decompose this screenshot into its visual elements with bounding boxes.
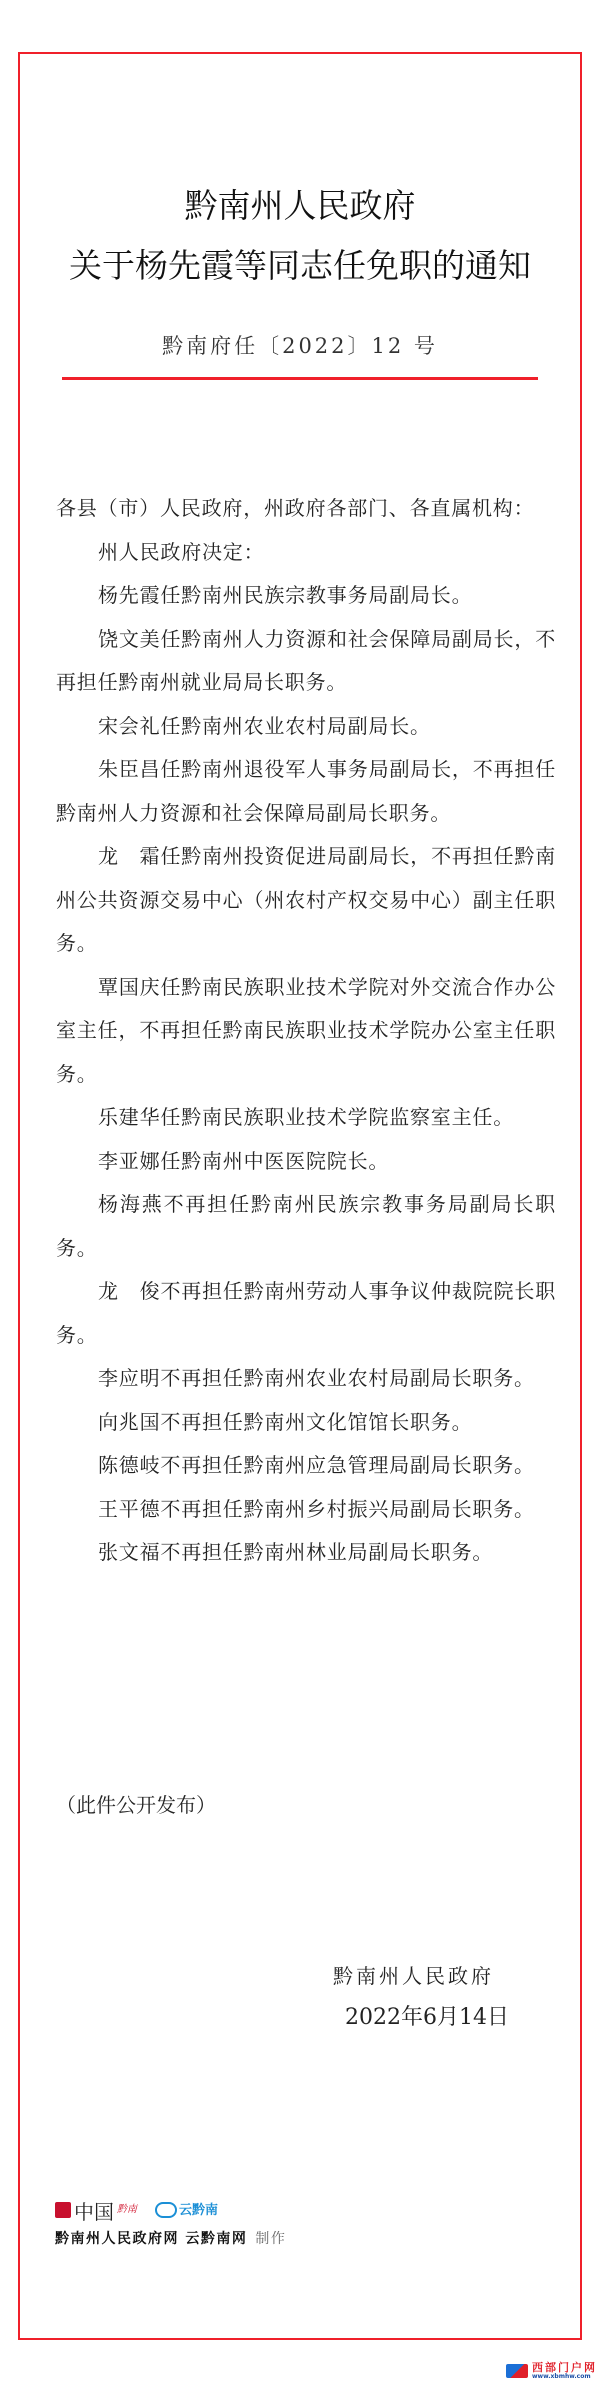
credits-made: 制作 (255, 2231, 286, 2247)
paragraph: 杨海燕不再担任黔南州民族宗教事务局副局长职务。 (56, 1183, 556, 1270)
paragraph: 王平德不再担任黔南州乡村振兴局副局长职务。 (56, 1488, 556, 1532)
document-body: 各县（市）人民政府，州政府各部门、各直属机构： 州人民政府决定： 杨先霞任黔南州… (56, 487, 556, 1575)
issue-date: 2022年6月14日 (345, 2000, 509, 2031)
logo-qiannan-script: 黔南 (117, 2205, 137, 2215)
paragraph: 覃国庆任黔南民族职业技术学院对外交流合作办公室主任，不再担任黔南民族职业技术学院… (56, 966, 556, 1097)
publication-note: （此件公开发布） (56, 1789, 216, 1818)
credits-orgs: 黔南州人民政府网 云黔南网 (55, 2231, 247, 2247)
paragraph: 乐建华任黔南民族职业技术学院监察室主任。 (56, 1096, 556, 1140)
paragraph: 龙 霜任黔南州投资促进局副局长，不再担任黔南州公共资源交易中心（州农村产权交易中… (56, 835, 556, 966)
yunqiannan-logo: 云黔南 (155, 2202, 218, 2218)
paragraph: 朱臣昌任黔南州退役军人事务局副局长，不再担任黔南州人力资源和社会保障局副局长职务… (56, 748, 556, 835)
logo-zhongguo-text: 中国 (74, 2196, 114, 2225)
paragraph: 宋会礼任黔南州农业农村局副局长。 (56, 705, 556, 749)
production-credits: 黔南州人民政府网 云黔南网制作 (55, 2228, 286, 2248)
seal-icon (55, 2202, 71, 2218)
watermark-url: www.xbmhw.com (532, 2374, 597, 2381)
paragraph: 龙 俊不再担任黔南州劳动人事争议仲裁院院长职务。 (56, 1270, 556, 1357)
paragraph: 向兆国不再担任黔南州文化馆馆长职务。 (56, 1401, 556, 1445)
paragraph: 李应明不再担任黔南州农业农村局副局长职务。 (56, 1357, 556, 1401)
red-divider (62, 377, 538, 380)
paragraph: 饶文美任黔南州人力资源和社会保障局副局长，不再担任黔南州就业局局长职务。 (56, 618, 556, 705)
paragraph: 张文福不再担任黔南州林业局副局长职务。 (56, 1531, 556, 1575)
logo-row: 中国 黔南 云黔南 (55, 2190, 218, 2230)
paragraph: 李亚娜任黔南州中医医院院长。 (56, 1140, 556, 1184)
document-number: 黔南府任〔2022〕12 号 (0, 330, 600, 360)
paragraph: 陈德岐不再担任黔南州应急管理局副局长职务。 (56, 1444, 556, 1488)
document-title-line2: 关于杨先霞等同志任免职的通知 (0, 240, 600, 287)
qiannan-gov-logo: 中国 黔南 (55, 2196, 137, 2225)
salutation: 各县（市）人民政府，州政府各部门、各直属机构： (56, 487, 556, 531)
issuer-signature: 黔南州人民政府 (333, 1960, 494, 1989)
cloud-icon (155, 2202, 177, 2218)
logo-yunqiannan-text: 云黔南 (179, 2204, 218, 2217)
xbmhw-logo-icon (506, 2364, 528, 2378)
paragraph: 州人民政府决定： (56, 531, 556, 575)
paragraph: 杨先霞任黔南州民族宗教事务局副局长。 (56, 574, 556, 618)
xbmhw-watermark: 西部门户网 www.xbmhw.com (506, 2362, 597, 2381)
document-title-line1: 黔南州人民政府 (0, 180, 600, 227)
